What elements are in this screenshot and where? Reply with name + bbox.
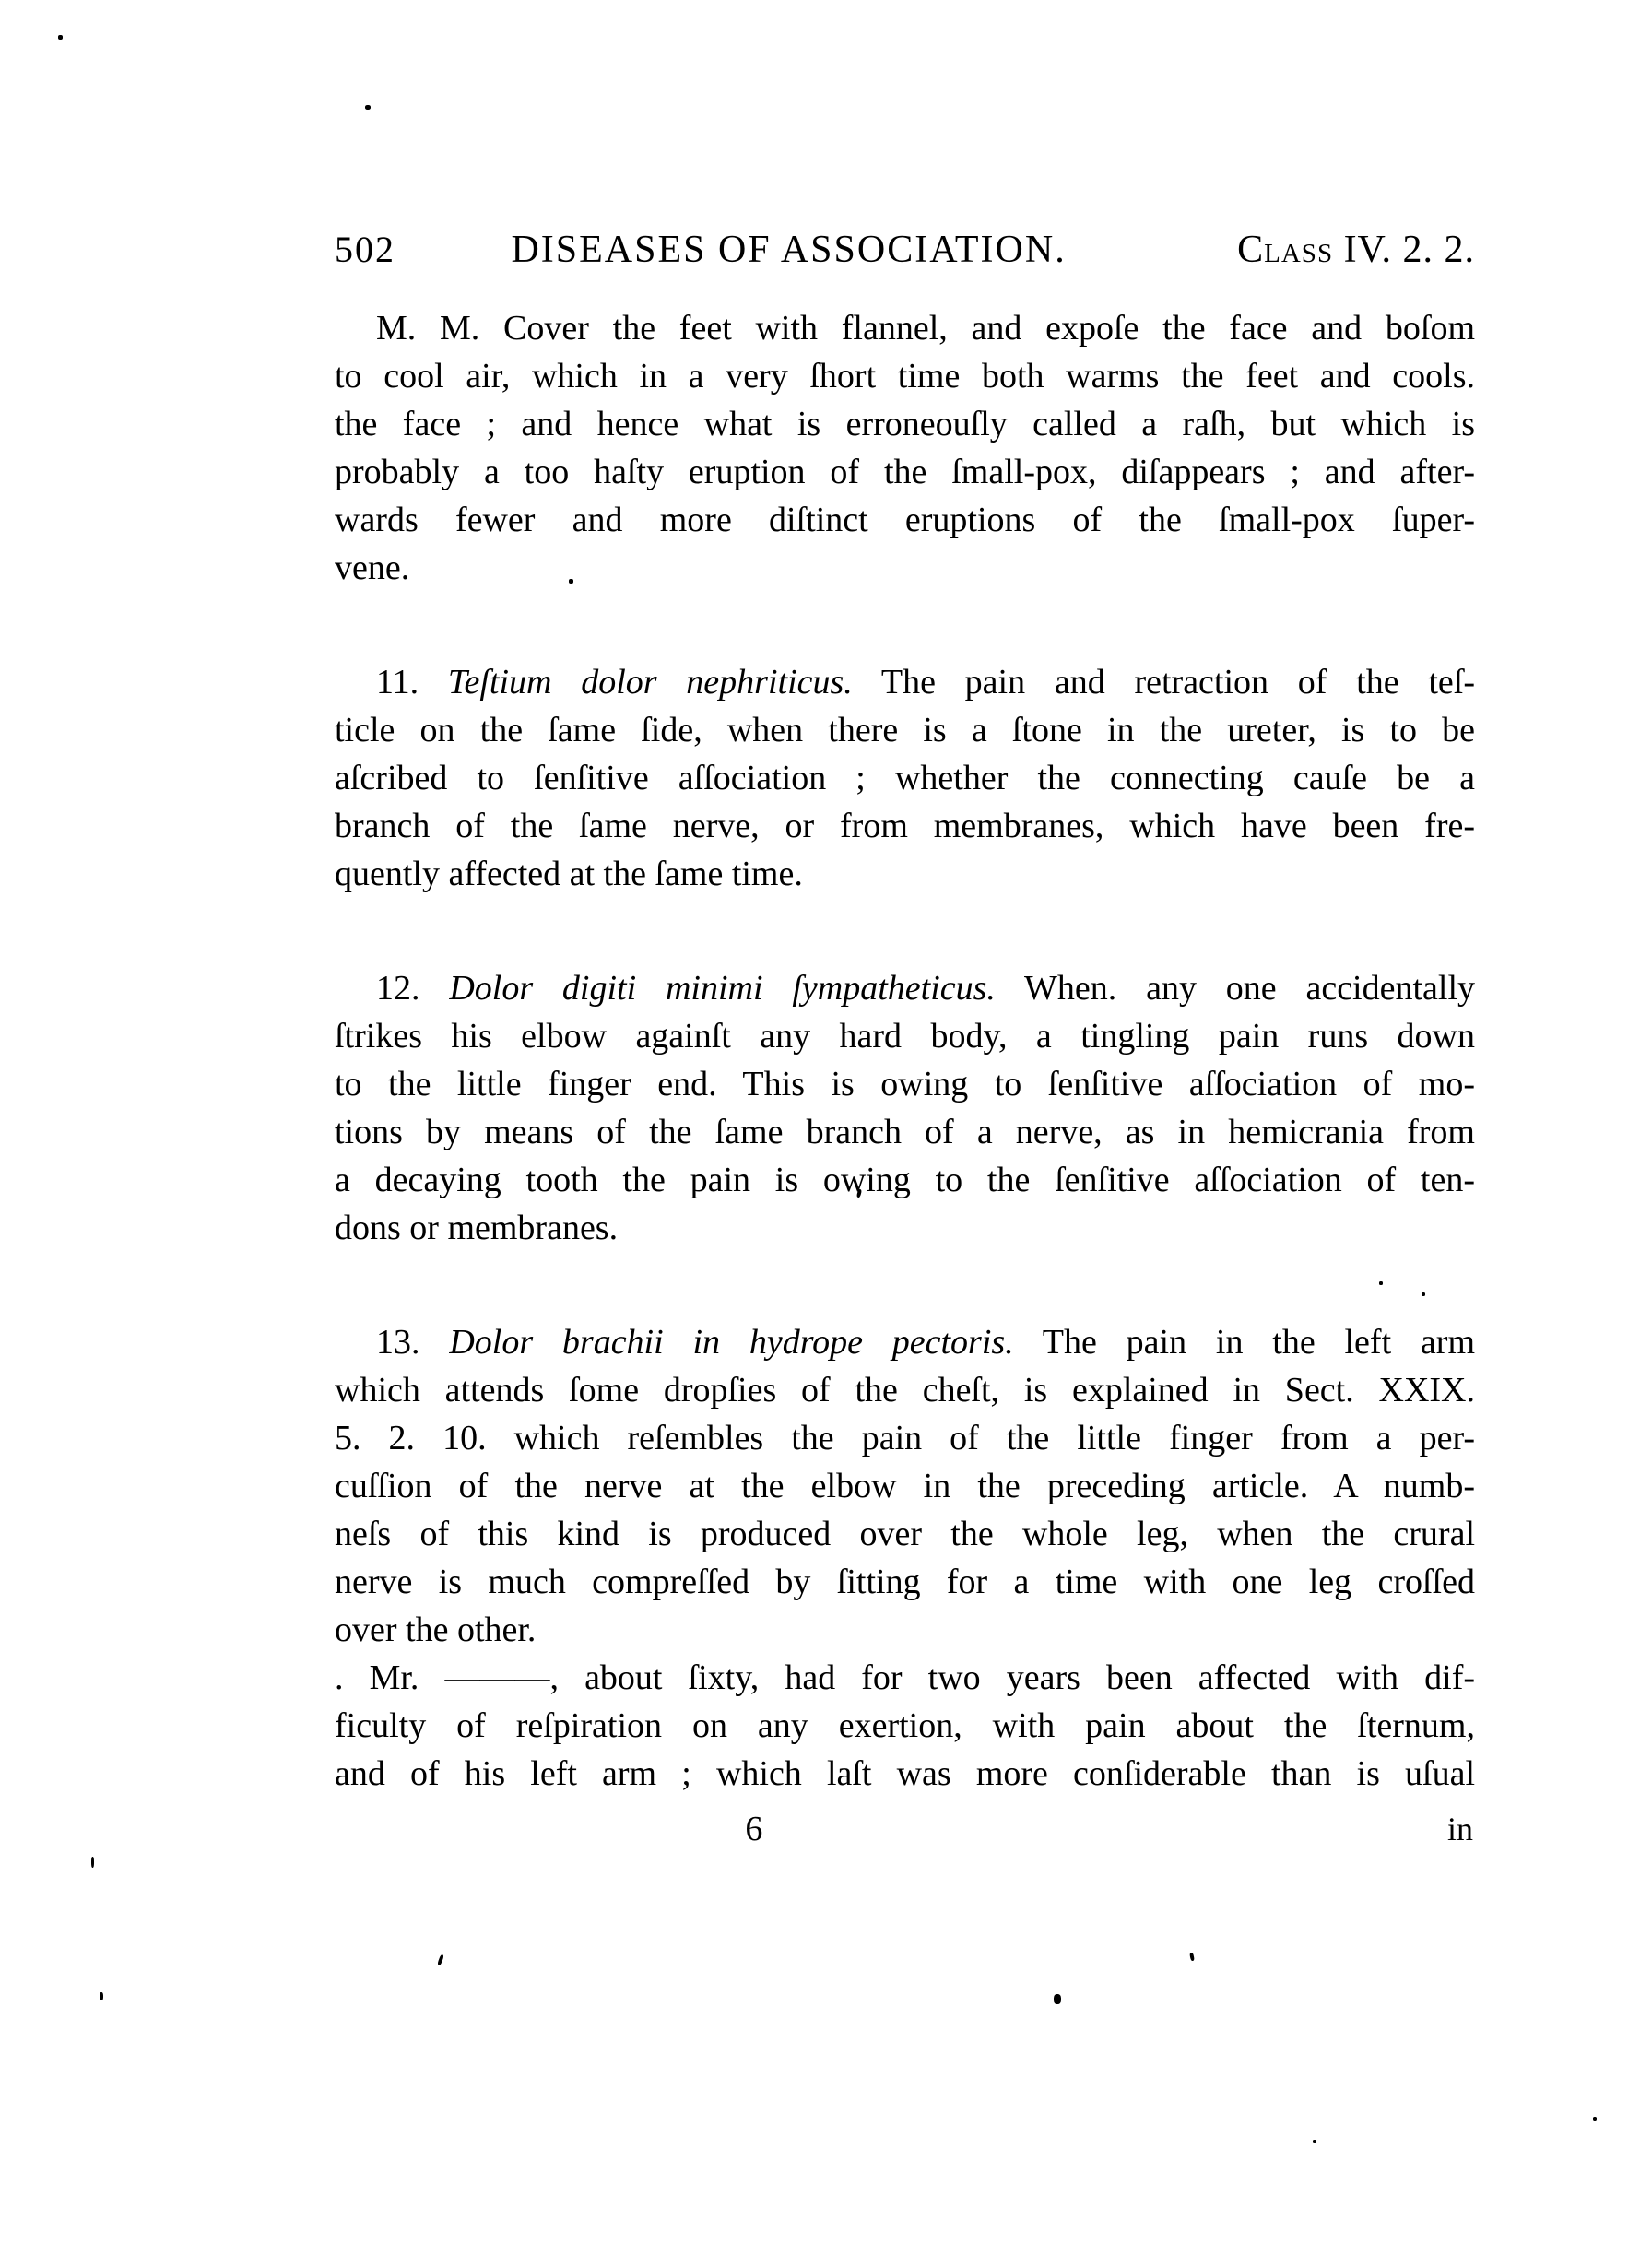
text-line: cuſſion of the nerve at the elbow in the… xyxy=(335,1462,1475,1510)
scan-speck xyxy=(1313,2140,1316,2143)
mr-case-paragraph: . Mr. ———, about ſixty, had for two year… xyxy=(335,1654,1475,1798)
text-segment: When. any one accidentally xyxy=(996,969,1475,1008)
body-text: M. M. Cover the feet with flannel, and e… xyxy=(335,304,1475,1853)
text-segment: . Mr. ———, about ſixty, had for two year… xyxy=(335,1658,1475,1697)
text-segment: The pain in the left arm xyxy=(1014,1323,1475,1362)
scan-speck xyxy=(365,105,371,110)
page-number: 502 xyxy=(335,231,395,268)
latin-term: Dolor digiti minimi ſympatheticus. xyxy=(449,969,996,1008)
text-segment: probably a too haſty eruption of the ſma… xyxy=(335,453,1475,491)
text-segment: and of his left arm ; which laſt was mor… xyxy=(335,1754,1475,1793)
text-segment: the face ; and hence what is erroneouſly… xyxy=(335,405,1475,443)
text-segment: tions by means of the ſame branch of a n… xyxy=(335,1113,1475,1151)
text-segment: to cool air, which in a very ſhort time … xyxy=(335,357,1475,395)
text-line: ſtrikes his elbow againſt any hard body,… xyxy=(335,1012,1475,1060)
scan-speck xyxy=(58,35,63,40)
text-segment: ſtrikes his elbow againſt any hard body,… xyxy=(335,1017,1475,1056)
text-segment: to the little finger end. This is owing … xyxy=(335,1065,1475,1103)
text-segment: 11. xyxy=(376,663,448,702)
text-line: vene. xyxy=(335,544,1475,592)
text-line: the face ; and hence what is erroneouſly… xyxy=(335,400,1475,448)
scan-speck xyxy=(1593,2117,1597,2121)
text-line: to cool air, which in a very ſhort time … xyxy=(335,352,1475,400)
text-segment: wards fewer and more diſtinct eruptions … xyxy=(335,501,1475,539)
text-line: tions by means of the ſame branch of a n… xyxy=(335,1108,1475,1156)
text-segment: over the other. xyxy=(335,1611,536,1649)
class-reference: Class IV. 2. 2. xyxy=(1237,230,1475,269)
section-12: 12. Dolor digiti minimi ſympatheticus. W… xyxy=(335,964,1475,1252)
scan-speck xyxy=(100,1992,103,2000)
text-line: aſcribed to ſenſitive aſſociation ; whet… xyxy=(335,754,1475,802)
text-line: branch of the ſame nerve, or from membra… xyxy=(335,802,1475,850)
text-line: over the other. xyxy=(335,1606,1475,1654)
text-segment: neſs of this kind is produced over the w… xyxy=(335,1515,1475,1553)
section-13: 13. Dolor brachii in hydrope pectoris. T… xyxy=(335,1318,1475,1654)
text-segment: branch of the ſame nerve, or from membra… xyxy=(335,807,1475,845)
text-segment: cuſſion of the nerve at the elbow in the… xyxy=(335,1467,1475,1505)
mm-paragraph: M. M. Cover the feet with flannel, and e… xyxy=(335,304,1475,592)
text-segment: which attends ſome dropſies of the cheſt… xyxy=(335,1371,1475,1410)
text-segment: ticle on the ſame ſide, when there is a … xyxy=(335,711,1475,749)
text-segment: The pain and retraction of the teſ- xyxy=(853,663,1475,702)
scan-speck xyxy=(1422,1292,1425,1296)
text-line: and of his left arm ; which laſt was mor… xyxy=(335,1750,1475,1798)
scan-speck xyxy=(1379,1281,1383,1285)
text-segment: aſcribed to ſenſitive aſſociation ; whet… xyxy=(335,759,1475,797)
text-line: . Mr. ———, about ſixty, had for two year… xyxy=(335,1654,1475,1702)
text-line: M. M. Cover the feet with flannel, and e… xyxy=(335,304,1475,352)
text-line: nerve is much compreſſed by ſitting for … xyxy=(335,1558,1475,1606)
text-line: probably a too haſty eruption of the ſma… xyxy=(335,448,1475,496)
text-line: quently affected at the ſame time. xyxy=(335,850,1475,898)
catchword: in xyxy=(1447,1805,1473,1853)
scan-speck xyxy=(1189,1953,1195,1962)
text-segment: M. M. Cover the feet with flannel, and e… xyxy=(376,309,1475,348)
text-segment: nerve is much compreſſed by ſitting for … xyxy=(335,1563,1475,1601)
signature-mark: 6 xyxy=(745,1805,762,1853)
text-segment: a decaying tooth the pain is owing to th… xyxy=(335,1161,1475,1199)
text-line: to the little finger end. This is owing … xyxy=(335,1060,1475,1108)
text-line: 5. 2. 10. which reſembles the pain of th… xyxy=(335,1414,1475,1462)
text-line: ficulty of reſpiration on any exertion, … xyxy=(335,1702,1475,1750)
scan-speck xyxy=(437,1954,444,1966)
text-segment: ficulty of reſpiration on any exertion, … xyxy=(335,1706,1475,1745)
text-line: neſs of this kind is produced over the w… xyxy=(335,1510,1475,1558)
text-segment: quently affected at the ſame time. xyxy=(335,855,803,893)
page-footer: 6 in xyxy=(335,1805,1475,1853)
text-line: wards fewer and more diſtinct eruptions … xyxy=(335,496,1475,544)
text-segment: dons or membranes. xyxy=(335,1209,618,1247)
text-segment: 13. xyxy=(376,1323,449,1362)
scanned-book-page: 502 DISEASES OF ASSOCIATION. Class IV. 2… xyxy=(0,0,1652,2242)
text-line: 11. Teſtium dolor nephriticus. The pain … xyxy=(335,658,1475,706)
text-segment: 5. 2. 10. which reſembles the pain of th… xyxy=(335,1419,1475,1457)
text-line: 12. Dolor digiti minimi ſympatheticus. W… xyxy=(335,964,1475,1012)
scan-speck xyxy=(1054,1994,1061,2004)
latin-term: Dolor brachii in hydrope pectoris. xyxy=(449,1323,1013,1362)
page-header: 502 DISEASES OF ASSOCIATION. Class IV. 2… xyxy=(335,230,1475,269)
text-line: which attends ſome dropſies of the cheſt… xyxy=(335,1366,1475,1414)
text-line: ticle on the ſame ſide, when there is a … xyxy=(335,706,1475,754)
latin-term: Teſtium dolor nephriticus. xyxy=(448,663,853,702)
section-11: 11. Teſtium dolor nephriticus. The pain … xyxy=(335,658,1475,898)
running-title: DISEASES OF ASSOCIATION. xyxy=(511,230,1066,269)
text-line: 13. Dolor brachii in hydrope pectoris. T… xyxy=(335,1318,1475,1366)
text-line: dons or membranes. xyxy=(335,1204,1475,1252)
scan-speck xyxy=(91,1857,94,1868)
scan-speck xyxy=(569,579,573,584)
text-segment: 12. xyxy=(376,969,449,1008)
text-segment: vene. xyxy=(335,549,409,587)
text-line: a decaying tooth the pain is owing to th… xyxy=(335,1156,1475,1204)
